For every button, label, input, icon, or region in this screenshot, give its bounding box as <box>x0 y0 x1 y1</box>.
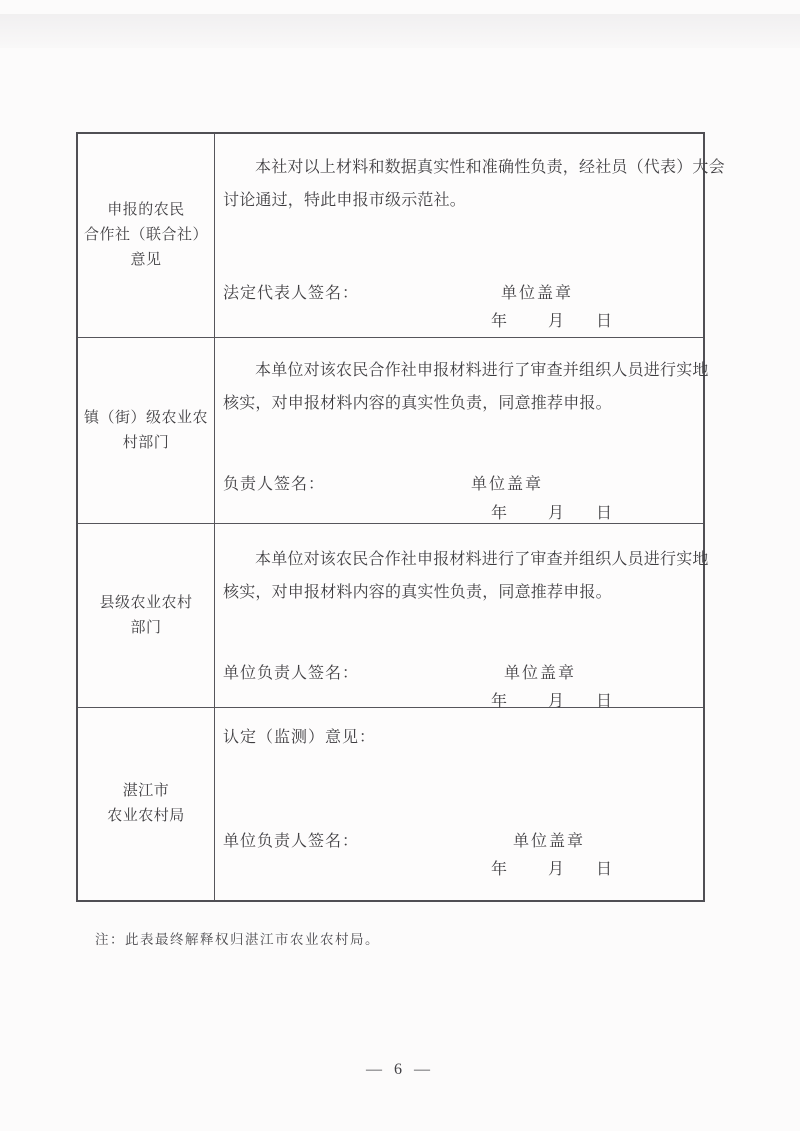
scanned-form-page: 申报的农民 合作社（联合社） 意见 本社对以上材料和数据真实性和准确性负责，经社… <box>0 0 800 1131</box>
signature-line: 法定代表人签名： 单位盖章 <box>215 280 703 302</box>
month-label: 月 <box>548 308 564 331</box>
table-row: 镇（街）级农业农 村部门 本单位对该农民合作社申报材料进行了审查并组织人员进行实… <box>78 337 703 523</box>
cell-applicant-opinion: 本社对以上材料和数据真实性和准确性负责，经社员（代表）大会 讨论通过，特此申报市… <box>215 134 703 337</box>
label-line: 湛江市 <box>123 779 170 804</box>
cell-town-dept-opinion: 本单位对该农民合作社申报材料进行了审查并组织人员进行实地 核实，对申报材料内容的… <box>215 338 703 523</box>
unit-seal-label: 单位盖章 <box>504 660 576 683</box>
determination-opinion-label: 认定（监测）意见： <box>223 726 376 750</box>
signature-line: 单位负责人签名： 单位盖章 <box>215 660 703 682</box>
year-label: 年 <box>491 308 507 331</box>
day-label: 日 <box>596 500 612 523</box>
table-row: 湛江市 农业农村局 认定（监测）意见： 单位负责人签名： 单位盖章 年 月 日 <box>78 707 703 900</box>
row-label-applicant-cooperative: 申报的农民 合作社（联合社） 意见 <box>78 134 215 337</box>
label-line: 申报的农民 <box>107 198 185 223</box>
unit-seal-label: 单位盖章 <box>471 471 543 494</box>
row-label-zhanjiang-agriculture-bureau: 湛江市 农业农村局 <box>78 708 215 900</box>
label-line: 农业农村局 <box>107 804 185 829</box>
legal-representative-signature-label: 法定代表人签名： <box>223 280 359 303</box>
statement-line: 本单位对该农民合作社申报材料进行了审查并组织人员进行实地 <box>223 354 699 387</box>
label-line: 部门 <box>130 616 161 641</box>
table-row: 县级农业农村 部门 本单位对该农民合作社申报材料进行了审查并组织人员进行实地 核… <box>78 523 703 707</box>
table-row: 申报的农民 合作社（联合社） 意见 本社对以上材料和数据真实性和准确性负责，经社… <box>78 134 703 337</box>
label-line: 村部门 <box>123 431 170 456</box>
cell-county-dept-opinion: 本单位对该农民合作社申报材料进行了审查并组织人员进行实地 核实，对申报材料内容的… <box>215 524 703 707</box>
statement-line: 核实，对申报材料内容的真实性负责，同意推荐申报。 <box>223 387 699 420</box>
opinion-statement: 本单位对该农民合作社申报材料进行了审查并组织人员进行实地 核实，对申报材料内容的… <box>223 354 699 420</box>
unit-seal-label: 单位盖章 <box>501 280 573 303</box>
page-number: — 6 — <box>0 1061 800 1079</box>
unit-seal-label: 单位盖章 <box>513 828 585 851</box>
date-line: 年 月 日 <box>215 688 703 710</box>
cell-bureau-determination: 认定（监测）意见： 单位负责人签名： 单位盖章 年 月 日 <box>215 708 703 900</box>
row-label-town-agriculture-dept: 镇（街）级农业农 村部门 <box>78 338 215 523</box>
label-line: 县级农业农村 <box>99 591 192 616</box>
signature-line: 负责人签名： 单位盖章 <box>215 471 703 493</box>
signature-line: 单位负责人签名： 单位盖章 <box>215 828 703 850</box>
year-label: 年 <box>491 856 507 879</box>
unit-responsible-person-signature-label: 单位负责人签名： <box>223 828 359 851</box>
statement-line: 核实，对申报材料内容的真实性负责，同意推荐申报。 <box>223 576 699 609</box>
date-line: 年 月 日 <box>215 500 703 522</box>
year-label: 年 <box>491 500 507 523</box>
label-line: 意见 <box>130 248 161 273</box>
month-label: 月 <box>548 856 564 879</box>
opinion-statement: 本社对以上材料和数据真实性和准确性负责，经社员（代表）大会 讨论通过，特此申报市… <box>223 151 699 217</box>
statement-line: 讨论通过，特此申报市级示范社。 <box>223 184 699 217</box>
date-line: 年 月 日 <box>215 856 703 878</box>
footnote: 注：此表最终解释权归湛江市农业农村局。 <box>95 928 380 948</box>
approval-opinions-table: 申报的农民 合作社（联合社） 意见 本社对以上材料和数据真实性和准确性负责，经社… <box>76 132 705 902</box>
statement-line: 本社对以上材料和数据真实性和准确性负责，经社员（代表）大会 <box>223 151 699 184</box>
day-label: 日 <box>596 856 612 879</box>
opinion-statement: 本单位对该农民合作社申报材料进行了审查并组织人员进行实地 核实，对申报材料内容的… <box>223 543 699 609</box>
label-line: 镇（街）级农业农 <box>84 406 208 431</box>
date-line: 年 月 日 <box>215 308 703 330</box>
label-line: 合作社（联合社） <box>84 223 208 248</box>
row-label-county-agriculture-dept: 县级农业农村 部门 <box>78 524 215 707</box>
scan-artifact-band <box>0 14 800 48</box>
unit-responsible-person-signature-label: 单位负责人签名： <box>223 660 359 683</box>
day-label: 日 <box>596 308 612 331</box>
month-label: 月 <box>548 500 564 523</box>
responsible-person-signature-label: 负责人签名： <box>223 471 325 494</box>
statement-line: 本单位对该农民合作社申报材料进行了审查并组织人员进行实地 <box>223 543 699 576</box>
